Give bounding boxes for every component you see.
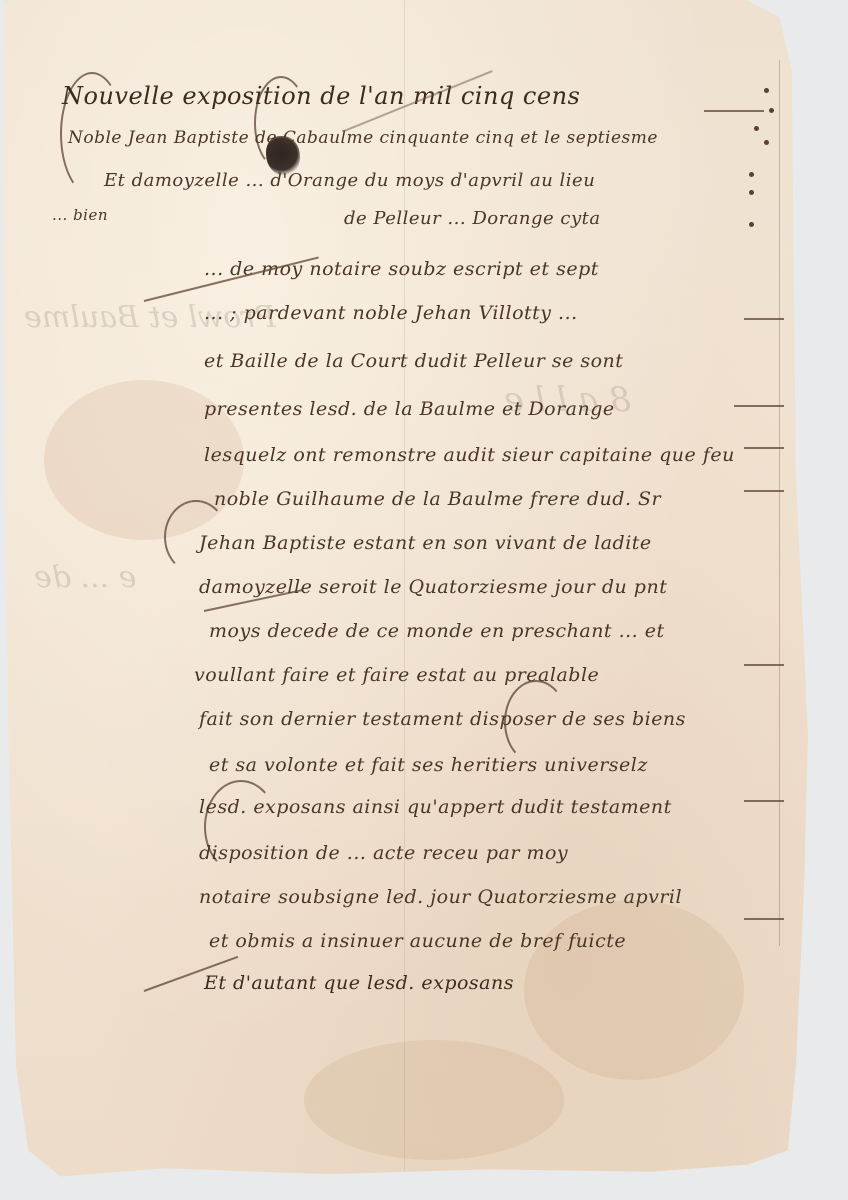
line-filler-stroke <box>744 918 784 920</box>
line-filler-stroke <box>744 490 784 492</box>
manuscript-line: damoyzelle seroit le Quatorziesme jour d… <box>199 576 667 598</box>
manuscript-line: fait son dernier testament disposer de s… <box>199 708 686 730</box>
line-filler-stroke <box>744 800 784 802</box>
pinhole <box>749 190 754 195</box>
manuscript-line: de Pelleur ... Dorange cyta <box>344 208 601 229</box>
manuscript-page: Prowl et Baulme 8 a l l e e ... de Nouve… <box>4 0 812 1186</box>
pinhole <box>769 108 774 113</box>
manuscript-line: et sa volonte et fait ses heritiers univ… <box>209 754 648 776</box>
pinhole <box>754 126 759 131</box>
manuscript-line: Et d'autant que lesd. exposans <box>204 972 514 994</box>
paper-stain <box>304 1040 564 1160</box>
manuscript-line: et obmis a insinuer aucune de bref fuict… <box>209 930 626 952</box>
manuscript-line: voullant faire et faire estat au prealab… <box>194 664 599 686</box>
manuscript-line: Noble Jean Baptiste de Cabaulme cinquant… <box>68 128 658 148</box>
manuscript-line: noble Guilhaume de la Baulme frere dud. … <box>214 488 661 510</box>
pinhole <box>764 140 769 145</box>
manuscript-line: moys decede de ce monde en preschant ...… <box>209 620 665 642</box>
manuscript-line: lesquelz ont remonstre audit sieur capit… <box>204 444 735 466</box>
bleed-through-text: e ... de <box>34 560 136 595</box>
pinhole <box>749 172 754 177</box>
line-filler-stroke <box>704 110 764 112</box>
pinhole <box>764 88 769 93</box>
line-filler-stroke <box>744 664 784 666</box>
manuscript-line: disposition de ... acte receu par moy <box>199 842 568 864</box>
manuscript-line: et Baille de la Court dudit Pelleur se s… <box>204 350 623 372</box>
manuscript-line: Nouvelle exposition de l'an mil cinq cen… <box>62 82 580 110</box>
line-filler-stroke <box>744 447 784 449</box>
paper-stain <box>524 900 744 1080</box>
line-filler-stroke <box>734 405 784 407</box>
line-filler-stroke <box>744 318 784 320</box>
right-margin-rule <box>779 60 780 946</box>
manuscript-line: ... ; pardevant noble Jehan Villotty ... <box>204 302 578 324</box>
manuscript-line: lesd. exposans ainsi qu'appert dudit tes… <box>199 796 672 818</box>
manuscript-line: Et damoyzelle ... d'Orange du moys d'apv… <box>104 170 595 191</box>
manuscript-line: Jehan Baptiste estant en son vivant de l… <box>199 532 652 554</box>
left-margin-word: ... bien <box>52 206 108 224</box>
manuscript-line: presentes lesd. de la Baulme et Dorange <box>204 398 615 420</box>
manuscript-line: notaire soubsigne led. jour Quatorziesme… <box>199 886 682 908</box>
pinhole <box>749 222 754 227</box>
